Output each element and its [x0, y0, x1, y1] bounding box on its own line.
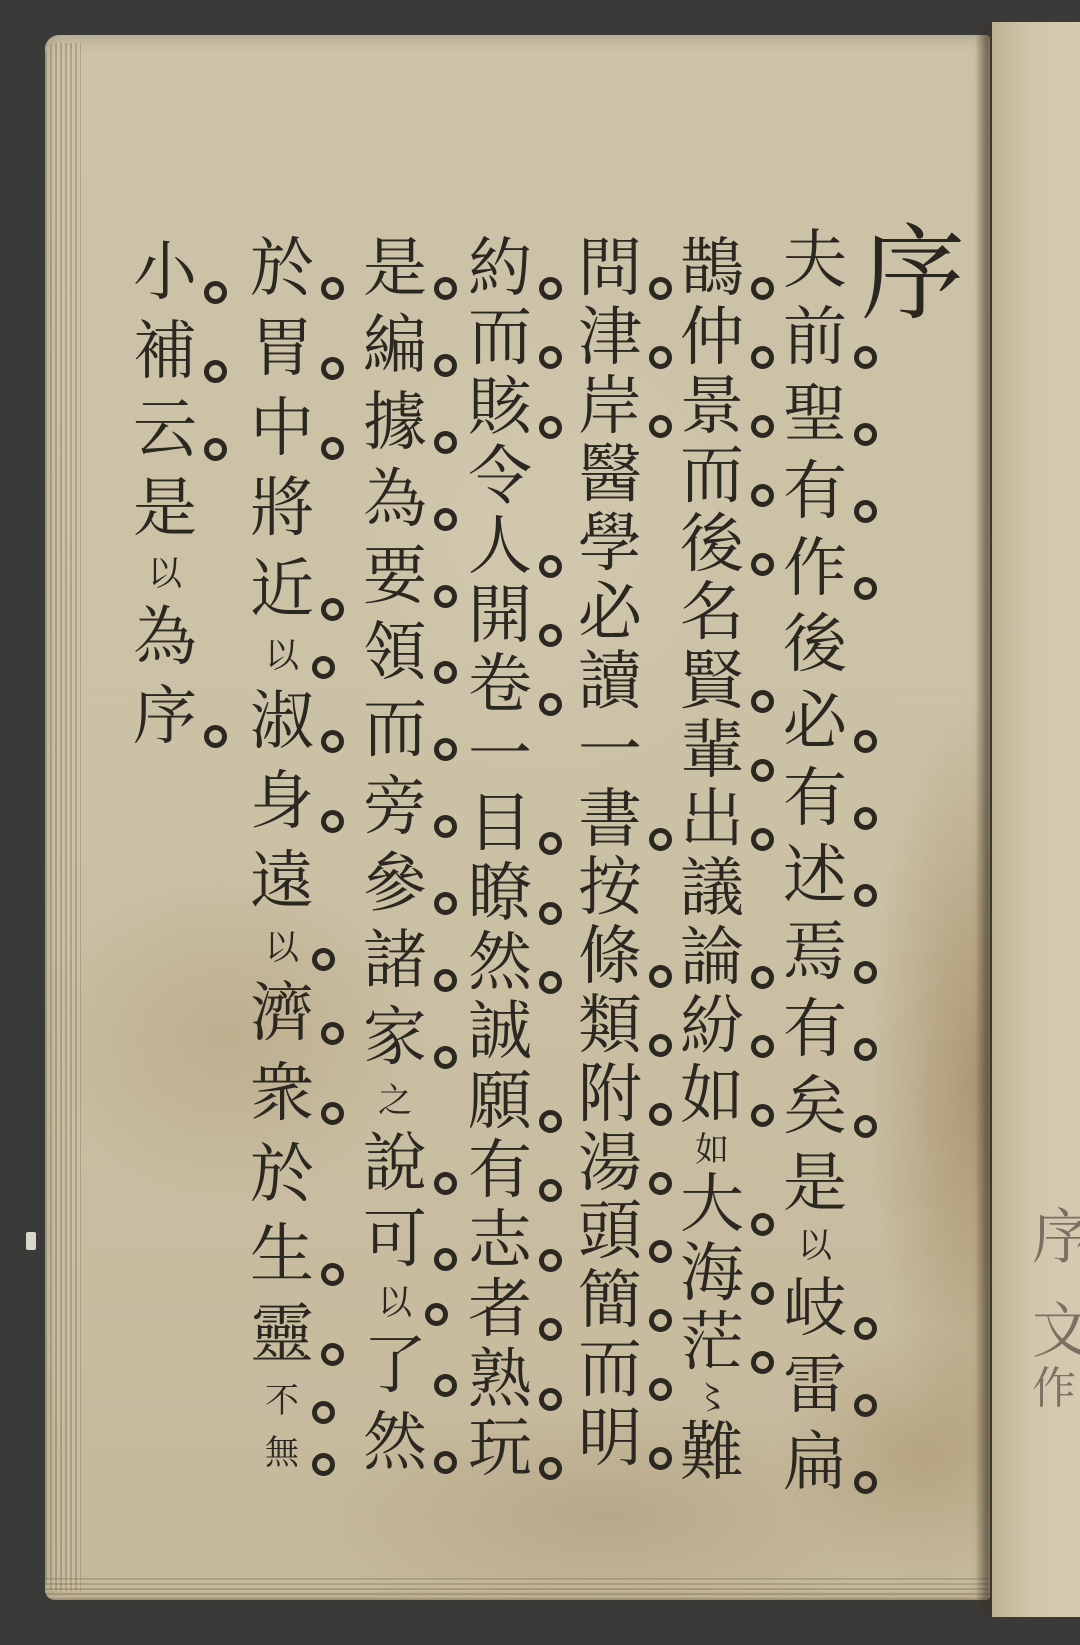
character: 遠 — [250, 849, 314, 915]
emphasis-circle-icon — [751, 759, 774, 782]
emphasis-circle-icon — [854, 1038, 877, 1061]
emphasis-circle-icon — [539, 1388, 562, 1411]
emphasis-circle-icon — [854, 961, 877, 984]
emphasis-circle-icon — [751, 828, 774, 851]
character: 以 — [148, 555, 182, 593]
character: 以 — [265, 929, 299, 967]
character: 以 — [798, 1227, 832, 1265]
emphasis-circle-icon — [854, 500, 877, 523]
character: 有 — [783, 459, 847, 525]
emphasis-circle-icon — [539, 555, 562, 578]
emphasis-circle-icon — [312, 1453, 335, 1476]
character: 了 — [363, 1333, 427, 1399]
emphasis-circle-icon — [854, 1471, 877, 1494]
emphasis-circle-icon — [434, 1172, 457, 1195]
character: 然 — [468, 930, 532, 996]
character: 有 — [783, 766, 847, 832]
emphasis-circle-icon — [751, 346, 774, 369]
character: 於 — [250, 1142, 314, 1208]
emphasis-circle-icon — [539, 624, 562, 647]
character: 諸 — [363, 928, 427, 994]
emphasis-circle-icon — [539, 416, 562, 439]
character: 為 — [133, 605, 197, 671]
emphasis-circle-icon — [649, 1034, 672, 1057]
character: 大 — [680, 1172, 744, 1238]
page-stack-bottom-edge — [45, 1578, 990, 1600]
emphasis-circle-icon — [312, 656, 335, 679]
character: 附 — [578, 1062, 642, 1128]
character: 說 — [363, 1131, 427, 1197]
emphasis-circle-icon — [854, 884, 877, 907]
emphasis-circle-icon — [321, 357, 344, 380]
character: 岐 — [783, 1276, 847, 1342]
character: 扁 — [783, 1430, 847, 1496]
emphasis-circle-icon — [649, 965, 672, 988]
emphasis-circle-icon — [434, 508, 457, 531]
character: 濟 — [250, 981, 314, 1047]
character: 賅 — [468, 375, 532, 441]
emphasis-circle-icon — [649, 1447, 672, 1470]
character: 頭 — [578, 1199, 642, 1265]
character: 熟 — [468, 1347, 532, 1413]
emphasis-circle-icon — [539, 902, 562, 925]
character: 前 — [783, 305, 847, 371]
emphasis-circle-icon — [539, 277, 562, 300]
character: 胃 — [250, 316, 314, 382]
character: 人 — [468, 514, 532, 580]
character: 類 — [578, 993, 642, 1059]
character: 矣 — [783, 1074, 847, 1140]
character: 學 — [578, 511, 642, 577]
text-column: 約而賅令人開卷一目瞭然誠願有志者熟玩 — [450, 236, 550, 1482]
preface-title: 序 — [858, 212, 968, 337]
text-column: 夫前聖有作後必有述焉有矣是以岐雷扁 — [765, 228, 865, 1496]
character: 作 — [783, 536, 847, 602]
character: 而 — [468, 305, 532, 371]
character: 海 — [680, 1241, 744, 1307]
emphasis-circle-icon — [434, 585, 457, 608]
emphasis-circle-icon — [751, 1104, 774, 1127]
emphasis-circle-icon — [649, 828, 672, 851]
emphasis-circle-icon — [854, 577, 877, 600]
emphasis-circle-icon — [649, 277, 672, 300]
character: 〻 — [695, 1379, 729, 1417]
character: 誠 — [468, 999, 532, 1065]
emphasis-circle-icon — [751, 966, 774, 989]
character: 以 — [265, 637, 299, 675]
emphasis-circle-icon — [321, 810, 344, 833]
character: 將 — [250, 476, 314, 542]
character: 開 — [468, 583, 532, 649]
character: 議 — [680, 856, 744, 922]
emphasis-circle-icon — [649, 1103, 672, 1126]
emphasis-circle-icon — [539, 1249, 562, 1272]
character: 有 — [783, 997, 847, 1063]
character: 輩 — [680, 718, 744, 784]
character: 目 — [468, 791, 532, 857]
emphasis-circle-icon — [751, 1035, 774, 1058]
character: 後 — [783, 612, 847, 678]
character: 中 — [250, 396, 314, 462]
character: 津 — [578, 305, 642, 371]
emphasis-circle-icon — [321, 598, 344, 621]
character: 問 — [578, 236, 642, 302]
character: 明 — [578, 1406, 642, 1472]
character: 卷 — [468, 652, 532, 718]
character: 可 — [363, 1207, 427, 1273]
character: 參 — [363, 851, 427, 917]
character: 後 — [680, 512, 744, 578]
character: 讀 — [578, 649, 642, 715]
character: 以 — [378, 1284, 412, 1322]
emphasis-circle-icon — [539, 1110, 562, 1133]
character: 仲 — [680, 305, 744, 371]
character: 然 — [363, 1410, 427, 1476]
character: 約 — [468, 236, 532, 302]
character: 生 — [250, 1222, 314, 1288]
emphasis-circle-icon — [751, 415, 774, 438]
character: 志 — [468, 1208, 532, 1274]
emphasis-circle-icon — [649, 415, 672, 438]
character: 夫 — [783, 228, 847, 294]
emphasis-circle-icon — [321, 1263, 344, 1286]
character: 云 — [133, 397, 197, 463]
character: 者 — [468, 1277, 532, 1343]
emphasis-circle-icon — [204, 725, 227, 748]
character: 按 — [578, 855, 642, 921]
character: 據 — [363, 390, 427, 456]
character: 必 — [578, 580, 642, 646]
character: 玩 — [468, 1416, 532, 1482]
emphasis-circle-icon — [434, 815, 457, 838]
character: 編 — [363, 313, 427, 379]
character: 必 — [783, 689, 847, 755]
character: 而 — [578, 1337, 642, 1403]
text-column: 小補云是以為序 — [115, 240, 215, 750]
character: 湯 — [578, 1131, 642, 1197]
text-column: 問津岸醫學必讀一書按條類附湯頭簡而明 — [560, 236, 660, 1472]
character: 無 — [265, 1434, 299, 1472]
character: 書 — [578, 787, 642, 853]
emphasis-circle-icon — [649, 1378, 672, 1401]
emphasis-circle-icon — [434, 969, 457, 992]
next-page-edge: 序 文 作 — [992, 22, 1080, 1617]
emphasis-circle-icon — [649, 346, 672, 369]
text-column: 鵲仲景而後名賢輩出議論紛如如大海茫〻難 — [662, 236, 762, 1486]
emphasis-circle-icon — [434, 1046, 457, 1069]
character: 家 — [363, 1005, 427, 1071]
character: 名 — [680, 580, 744, 646]
character: 簡 — [578, 1268, 642, 1334]
page-tab-notch — [26, 1232, 36, 1250]
character: 焉 — [783, 920, 847, 986]
character: 之 — [378, 1082, 412, 1120]
text-column: 是編據為要領而旁參諸家之說可以了然 — [345, 236, 445, 1476]
character: 旁 — [363, 774, 427, 840]
character: 賢 — [680, 649, 744, 715]
emphasis-circle-icon — [751, 277, 774, 300]
character: 如 — [695, 1131, 729, 1169]
character: 為 — [363, 467, 427, 533]
character: 有 — [468, 1138, 532, 1204]
emphasis-circle-icon — [434, 354, 457, 377]
character: 而 — [363, 697, 427, 763]
emphasis-circle-icon — [321, 730, 344, 753]
character: 身 — [250, 769, 314, 835]
character: 一 — [578, 718, 642, 784]
character: 是 — [783, 1151, 847, 1217]
character: 淑 — [250, 689, 314, 755]
character: 是 — [133, 476, 197, 542]
emphasis-circle-icon — [751, 553, 774, 576]
emphasis-circle-icon — [321, 277, 344, 300]
character: 出 — [680, 787, 744, 853]
emphasis-circle-icon — [434, 277, 457, 300]
character: 難 — [680, 1420, 744, 1486]
emphasis-circle-icon — [854, 423, 877, 446]
character: 補 — [133, 319, 197, 385]
character: 靈 — [250, 1302, 314, 1368]
page-stack-edge — [45, 43, 81, 1591]
emphasis-circle-icon — [854, 346, 877, 369]
emphasis-circle-icon — [854, 807, 877, 830]
partial-glyph: 序 — [1032, 1190, 1080, 1276]
character: 茫 — [680, 1310, 744, 1376]
emphasis-circle-icon — [539, 1457, 562, 1480]
character: 是 — [363, 236, 427, 302]
emphasis-circle-icon — [425, 1303, 448, 1326]
character: 近 — [250, 557, 314, 623]
character: 領 — [363, 620, 427, 686]
character: 小 — [133, 240, 197, 306]
emphasis-circle-icon — [434, 431, 457, 454]
emphasis-circle-icon — [434, 892, 457, 915]
character: 紛 — [680, 994, 744, 1060]
character: 一 — [468, 722, 532, 788]
character: 述 — [783, 843, 847, 909]
character: 令 — [468, 444, 532, 510]
emphasis-circle-icon — [539, 1318, 562, 1341]
emphasis-circle-icon — [751, 1282, 774, 1305]
emphasis-circle-icon — [751, 484, 774, 507]
character: 於 — [250, 236, 314, 302]
emphasis-circle-icon — [751, 1351, 774, 1374]
emphasis-circle-icon — [854, 1115, 877, 1138]
emphasis-circle-icon — [321, 1343, 344, 1366]
emphasis-circle-icon — [854, 1394, 877, 1417]
emphasis-circle-icon — [204, 360, 227, 383]
emphasis-circle-icon — [434, 1374, 457, 1397]
character: 景 — [680, 374, 744, 440]
emphasis-circle-icon — [312, 948, 335, 971]
character: 醫 — [578, 442, 642, 508]
character: 要 — [363, 544, 427, 610]
character: 衆 — [250, 1061, 314, 1127]
character: 如 — [680, 1063, 744, 1129]
emphasis-circle-icon — [204, 281, 227, 304]
character: 岸 — [578, 374, 642, 440]
character: 論 — [680, 925, 744, 991]
character: 雷 — [783, 1353, 847, 1419]
text-column: 於胃中將近以淑身遠以濟衆於生靈不無 — [232, 236, 332, 1472]
emphasis-circle-icon — [649, 1172, 672, 1195]
character: 條 — [578, 924, 642, 990]
character: 鵲 — [680, 236, 744, 302]
emphasis-circle-icon — [539, 971, 562, 994]
character: 序 — [133, 684, 197, 750]
character: 聖 — [783, 382, 847, 448]
character: 瞭 — [468, 861, 532, 927]
emphasis-circle-icon — [312, 1401, 335, 1424]
emphasis-circle-icon — [434, 1451, 457, 1474]
character: 願 — [468, 1069, 532, 1135]
partial-glyph: 作 — [1032, 1352, 1076, 1416]
character: 不 — [265, 1382, 299, 1420]
character: 而 — [680, 443, 744, 509]
